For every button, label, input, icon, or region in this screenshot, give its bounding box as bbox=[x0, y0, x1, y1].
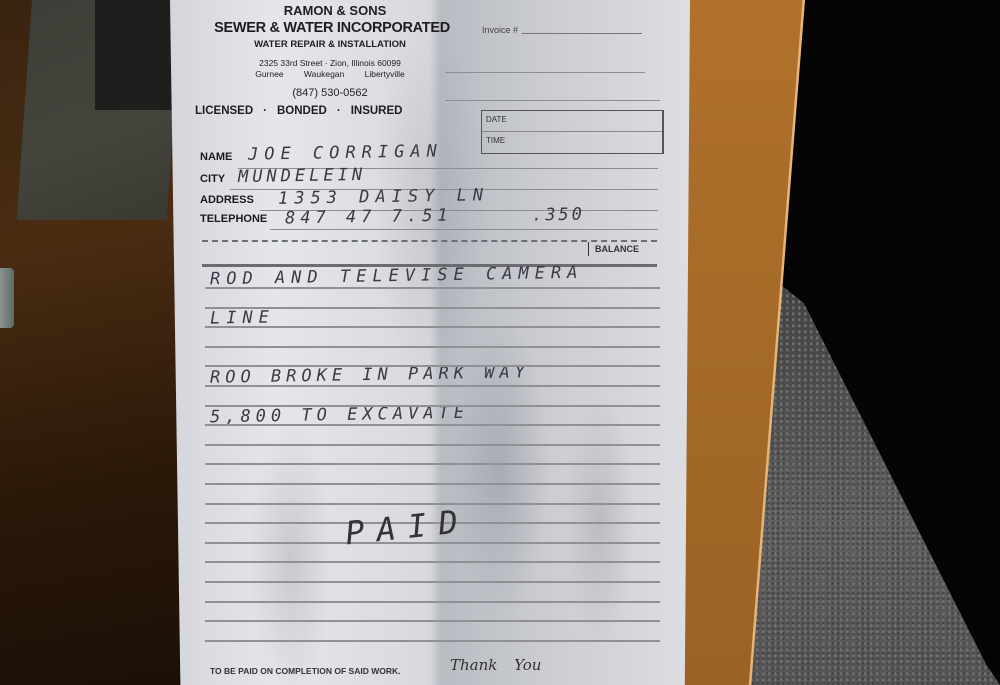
city-value: MUNDELEIN bbox=[238, 165, 366, 187]
invoice-paper: RAMON & SONS SEWER & WATER INCORPORATED … bbox=[170, 0, 690, 685]
rule-line bbox=[205, 620, 660, 622]
city-label: CITY bbox=[200, 173, 225, 185]
company-name-line2: SEWER & WATER INCORPORATED bbox=[182, 20, 482, 36]
rule-line bbox=[445, 72, 645, 73]
telephone-value: 847 47 7.51 bbox=[285, 206, 453, 229]
date-label: DATE bbox=[486, 115, 507, 124]
company-phone: (847) 530-0562 bbox=[250, 87, 410, 99]
rule-line bbox=[205, 581, 660, 583]
payment-terms: TO BE PAID ON COMPLETION OF SAID WORK. bbox=[210, 666, 400, 676]
amount-value: .350 bbox=[532, 205, 585, 226]
thank-you-text: Thank You bbox=[450, 656, 541, 674]
glass-object bbox=[0, 268, 14, 328]
rule-line bbox=[205, 561, 660, 563]
rule-line bbox=[445, 100, 660, 101]
rule-line bbox=[205, 601, 660, 603]
credential-licensed: LICENSED bbox=[195, 105, 253, 117]
company-credentials: LICENSED·BONDED·INSURED bbox=[195, 105, 425, 117]
time-row: TIME bbox=[482, 132, 662, 153]
service-areas: Gurnee Waukegan Libertyville bbox=[210, 69, 450, 79]
rule-line bbox=[205, 346, 660, 348]
rule-line bbox=[205, 444, 660, 446]
credential-bonded: BONDED bbox=[277, 105, 327, 117]
company-tagline: WATER REPAIR & INSTALLATION bbox=[210, 39, 450, 50]
invoice-number-label: Invoice # bbox=[482, 25, 518, 35]
time-label: TIME bbox=[486, 136, 505, 145]
rule-line bbox=[205, 424, 660, 426]
credential-insured: INSURED bbox=[351, 105, 403, 117]
rule-line bbox=[205, 307, 660, 309]
address-value: 1353 DAISY LN bbox=[278, 185, 489, 209]
date-row: DATE bbox=[482, 111, 662, 132]
picture-frame-inner bbox=[95, 0, 175, 110]
rule-line bbox=[205, 483, 660, 485]
name-value: JOE CORRIGAN bbox=[248, 141, 443, 164]
rule-line bbox=[205, 463, 660, 465]
rule-line bbox=[270, 229, 658, 230]
name-label: NAME bbox=[200, 151, 232, 163]
rule-line bbox=[205, 365, 660, 367]
telephone-label: TELEPHONE bbox=[200, 213, 267, 225]
credential-separator: · bbox=[337, 105, 341, 117]
rule-line bbox=[205, 385, 660, 387]
date-time-box: DATE TIME bbox=[481, 110, 664, 154]
company-address: 2325 33rd Street · Zion, Illinois 60099 bbox=[215, 58, 445, 68]
paid-stamp: PAID bbox=[343, 502, 471, 553]
balance-label: BALANCE bbox=[595, 244, 639, 254]
credential-separator: · bbox=[263, 105, 267, 117]
rule-line bbox=[205, 287, 660, 289]
balance-divider bbox=[588, 242, 589, 256]
address-label: ADDRESS bbox=[200, 194, 254, 206]
rule-line bbox=[205, 640, 660, 642]
rule-line bbox=[205, 405, 660, 407]
company-name: RAMON & SONS bbox=[230, 3, 440, 18]
invoice-number-line bbox=[522, 33, 642, 34]
rule-line bbox=[205, 326, 660, 328]
